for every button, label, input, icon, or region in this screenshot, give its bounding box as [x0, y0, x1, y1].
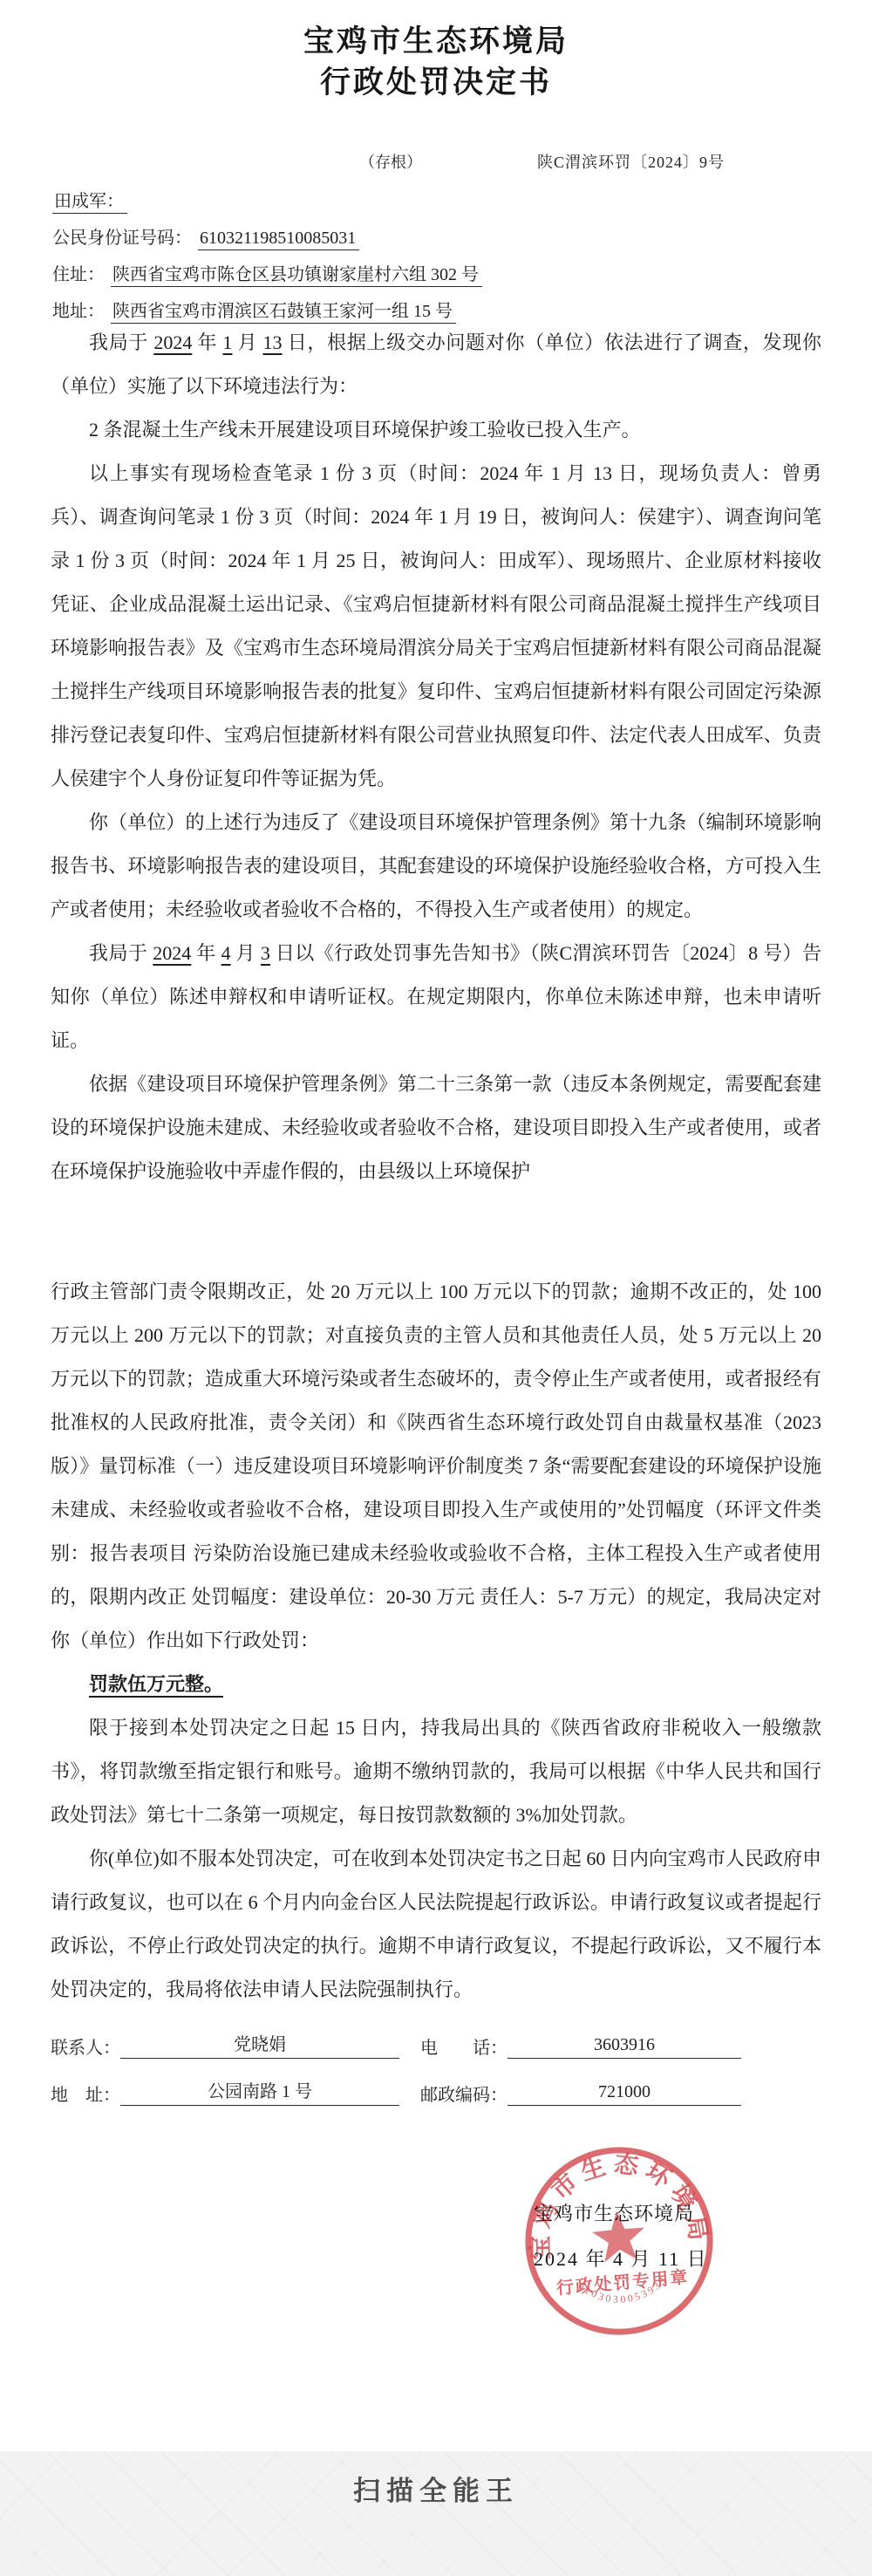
official-seal: 宝鸡市生态环境局 行政处罚专用章 6103030053939 [511, 2133, 726, 2348]
document-number: 陕C渭滨环罚〔2024〕9号 [537, 150, 725, 173]
violation-fact-paragraph: 2 条混凝土生产线未开展建设项目环境保护竣工验收已投入生产。 [51, 408, 821, 452]
contact-row-1: 联系人： 党晓娟 电 话： 3603916 [51, 2026, 821, 2059]
scanner-watermark-band: 扫描全能王 [0, 2451, 872, 2576]
phone-value: 3603916 [508, 2035, 741, 2059]
scanned-penalty-decision-document: 宝鸡市生态环境局 行政处罚决定书 （存根） 陕C渭滨环罚〔2024〕9号 田成军… [0, 0, 872, 2576]
violated-regulation-paragraph: 你（单位）的上述行为违反了《建设项目环境保护管理条例》第十九条（编制环境影响报告… [51, 801, 821, 932]
signature-seal-section: 宝鸡市生态环境局 行政处罚专用章 6103030053939 宝鸡市生态环境局 … [0, 2089, 872, 2464]
camscanner-watermark: 扫描全能王 [353, 2469, 519, 2508]
recipient-row: 田成军： [52, 188, 821, 225]
contact-person-label: 联系人： [51, 2033, 120, 2059]
phone-label: 电 话： [420, 2033, 508, 2059]
page2-body: 行政主管部门责令限期改正，处 20 万元以上 100 万元以下的罚款；逾期不改正… [51, 1270, 821, 2106]
residence-value: 陕西省宝鸡市陈仓区县功镇谢家崖村六组 302 号 [111, 265, 482, 287]
document-header: 宝鸡市生态环境局 行政处罚决定书 [0, 21, 872, 103]
id-number-row: 公民身份证号码： 610321198510085031 [52, 225, 821, 262]
residence-row: 住址： 陕西省宝鸡市陈仓区县功镇谢家崖村六组 302 号 [52, 262, 821, 298]
contact-person-value: 党晓娟 [120, 2030, 399, 2059]
official-seal-icon: 宝鸡市生态环境局 行政处罚专用章 6103030053939 [511, 2133, 726, 2348]
stub-label: （存根） [359, 150, 422, 173]
recipient-info-block: 田成军： 公民身份证号码： 610321198510085031 住址： 陕西省… [52, 188, 821, 335]
body-paragraph: 我局于 2024 年 1 月 13 日，根据上级交办问题对你（单位）依法进行了调… [51, 321, 821, 408]
appeal-rights-paragraph: 你(单位)如不服本处罚决定，可在收到本处罚决定书之日起 60 日内向宝鸡市人民政… [51, 1837, 821, 2012]
recipient-name: 田成军： [52, 192, 127, 214]
address-label: 地址： [52, 302, 106, 321]
decision-date: 2024 年 4 月 11 日 [534, 2245, 708, 2272]
agency-title: 宝鸡市生态环境局 [0, 21, 872, 62]
legal-basis-continuation-paragraph: 行政主管部门责令限期改正，处 20 万元以上 100 万元以下的罚款；逾期不改正… [51, 1270, 821, 1663]
evidence-paragraph: 以上事实有现场检查笔录 1 份 3 页（时间：2024 年 1 月 13 日，现… [51, 452, 821, 801]
page1-body: 我局于 2024 年 1 月 13 日，根据上级交办问题对你（单位）依法进行了调… [51, 321, 821, 1193]
id-number-label: 公民身份证号码： [52, 229, 194, 248]
document-type-title: 行政处罚决定书 [0, 62, 872, 103]
legal-basis-paragraph: 依据《建设项目环境保护管理条例》第二十三条第一款（违反本条例规定，需要配套建设的… [51, 1063, 821, 1193]
issuing-agency-name: 宝鸡市生态环境局 [534, 2199, 694, 2226]
penalty-amount-line: 罚款伍万元整。 [51, 1663, 821, 1706]
id-number-value: 610321198510085031 [198, 229, 359, 250]
prior-notice-paragraph: 我局于 2024 年 4 月 3 日以《行政处罚事先告知书》（陕C渭滨环罚告〔2… [51, 932, 821, 1063]
payment-instruction-paragraph: 限于接到本处罚决定之日起 15 日内，持我局出具的《陕西省政府非税收入一般缴款书… [51, 1706, 821, 1837]
residence-label: 住址： [52, 265, 106, 284]
